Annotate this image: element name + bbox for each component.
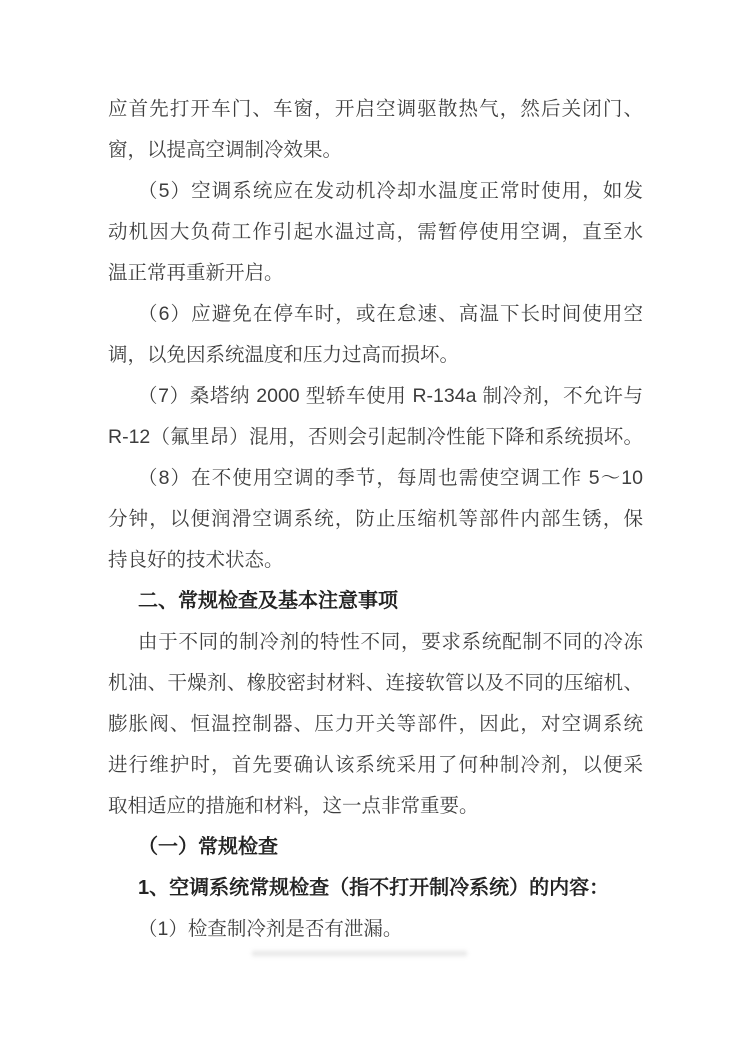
text-line: 温正常再重新开启。 — [108, 253, 643, 294]
text-line: 分钟，以便润滑空调系统，防止压缩机等部件内部生锈，保 — [108, 499, 643, 540]
text-line: 膨胀阀、恒温控制器、压力开关等部件，因此，对空调系统 — [108, 704, 643, 745]
text-line: 由于不同的制冷剂的特性不同，要求系统配制不同的冷冻 — [108, 622, 643, 663]
text-line: 动机因大负荷工作引起水温过高，需暂停使用空调，直至水 — [108, 212, 643, 253]
heading: （一）常规检查 — [108, 827, 643, 868]
paragraph: （7）桑塔纳 2000 型轿车使用 R-134a 制冷剂，不允许与R-12（氟里… — [108, 376, 643, 458]
paragraph: 由于不同的制冷剂的特性不同，要求系统配制不同的冷冻机油、干燥剂、橡胶密封材料、连… — [108, 622, 643, 827]
text-line: （一）常规检查 — [108, 827, 643, 868]
document-body: 应首先打开车门、车窗，开启空调驱散热气，然后关闭门、窗，以提高空调制冷效果。（5… — [108, 89, 643, 950]
text-line: （1）检查制冷剂是否有泄漏。 — [108, 909, 643, 950]
text-line: 调，以免因系统温度和压力过高而损坏。 — [108, 335, 643, 376]
paragraph: （5）空调系统应在发动机冷却水温度正常时使用，如发动机因大负荷工作引起水温过高，… — [108, 171, 643, 294]
text-line: 应首先打开车门、车窗，开启空调驱散热气，然后关闭门、 — [108, 89, 643, 130]
document-page: 应首先打开车门、车窗，开启空调驱散热气，然后关闭门、窗，以提高空调制冷效果。（5… — [0, 0, 750, 1061]
heading: 1、空调系统常规检查（指不打开制冷系统）的内容： — [108, 868, 643, 909]
text-line: 持良好的技术状态。 — [108, 540, 643, 581]
paragraph: 应首先打开车门、车窗，开启空调驱散热气，然后关闭门、窗，以提高空调制冷效果。 — [108, 89, 643, 171]
scan-ghost-artifact — [252, 951, 467, 956]
text-line: （5）空调系统应在发动机冷却水温度正常时使用，如发 — [108, 171, 643, 212]
text-line: （7）桑塔纳 2000 型轿车使用 R-134a 制冷剂，不允许与 — [108, 376, 643, 417]
text-line: （6）应避免在停车时，或在怠速、高温下长时间使用空 — [108, 294, 643, 335]
text-line: 进行维护时，首先要确认该系统采用了何种制冷剂，以便采 — [108, 745, 643, 786]
paragraph: （6）应避免在停车时，或在怠速、高温下长时间使用空调，以免因系统温度和压力过高而… — [108, 294, 643, 376]
paragraph: （8）在不使用空调的季节，每周也需使空调工作 5～10分钟，以便润滑空调系统，防… — [108, 458, 643, 581]
text-line: 二、常规检查及基本注意事项 — [108, 581, 643, 622]
text-line: R-12（氟里昂）混用，否则会引起制冷性能下降和系统损坏。 — [108, 417, 643, 458]
paragraph: （1）检查制冷剂是否有泄漏。 — [108, 909, 643, 950]
text-line: 1、空调系统常规检查（指不打开制冷系统）的内容： — [108, 868, 643, 909]
text-line: 取相适应的措施和材料，这一点非常重要。 — [108, 786, 643, 827]
text-line: 窗，以提高空调制冷效果。 — [108, 130, 643, 171]
heading: 二、常规检查及基本注意事项 — [108, 581, 643, 622]
text-line: （8）在不使用空调的季节，每周也需使空调工作 5～10 — [108, 458, 643, 499]
text-line: 机油、干燥剂、橡胶密封材料、连接软管以及不同的压缩机、 — [108, 663, 643, 704]
